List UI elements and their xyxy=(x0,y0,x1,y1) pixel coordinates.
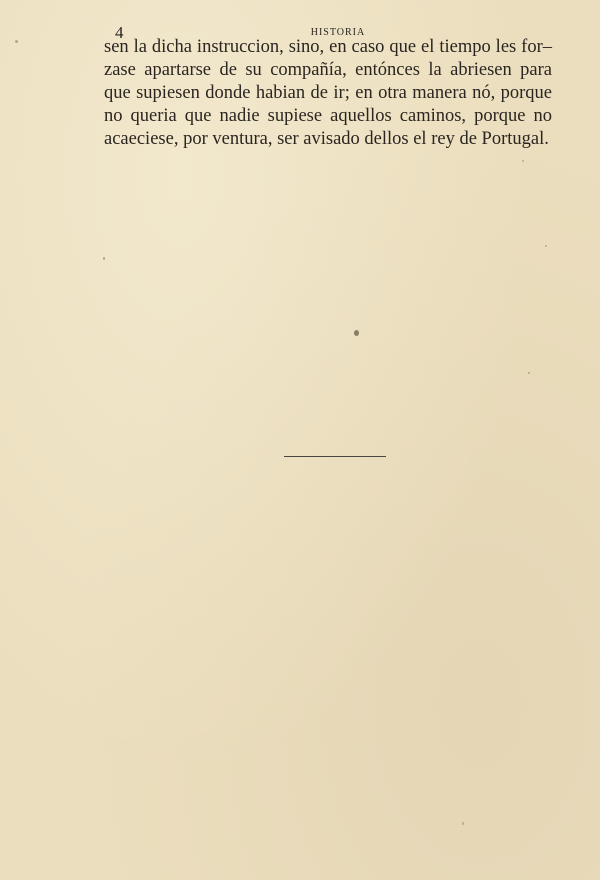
text-line: que supiesen donde habian de ir; en otra… xyxy=(104,82,552,105)
paper-speck xyxy=(15,40,18,43)
paper-speck xyxy=(528,372,530,374)
paper-speck xyxy=(462,822,464,825)
text-line: no queria que nadie supiese aquellos cam… xyxy=(104,105,552,128)
book-page: 4 HISTORIA sen la dicha instruccion, sin… xyxy=(0,0,600,880)
paper-speck xyxy=(103,257,105,260)
text-line: acaeciese, por ventura, ser avisado dell… xyxy=(104,128,552,151)
paper-speck xyxy=(354,330,359,336)
text-line: zase apartarse de su compañía, entónces … xyxy=(104,59,552,82)
text-line: sen la dicha instruccion, sino, en caso … xyxy=(104,36,552,59)
paper-speck xyxy=(522,160,524,162)
body-paragraph: sen la dicha instruccion, sino, en caso … xyxy=(104,36,552,151)
section-separator-rule xyxy=(284,456,386,457)
paper-speck xyxy=(545,245,547,247)
